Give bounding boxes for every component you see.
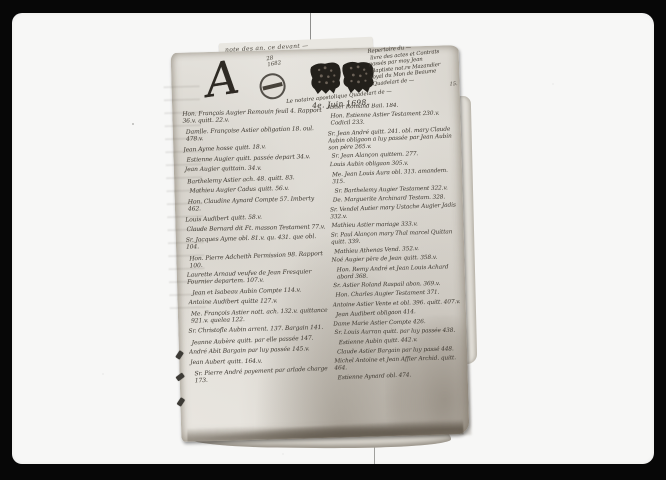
register-entry: Sr. Jean André quitt. 241. obl. mary Cla… [328, 126, 462, 152]
register-entry: Estienne Augier quitt. passée depart 34.… [187, 152, 327, 163]
register-entry: Michel Antoine et Jean Affier Archid. qu… [334, 355, 467, 372]
register-entry: Sr. Paul Alançon mary Thal marcel Quitta… [331, 229, 464, 246]
register-entry: Mathieu Astier mariage 333.v. [331, 220, 463, 229]
title-block: Repertoire du —livre des actes et Contra… [367, 40, 462, 88]
register-entry: Hon. Claudine Aynard Compte 57. Imberty … [188, 194, 328, 212]
register-entry: Hon. Remy André et Jean Louis Achard abo… [337, 264, 465, 281]
register-entry: Hon. Pierre Adcheith Permission 98. Rapp… [189, 249, 329, 269]
register-entry: Sr. Jacques Ayme obl. 81.v. qu. 431. que… [186, 233, 329, 251]
register-column-left: Hon. François Augier Remouin feuil 4. Ra… [182, 107, 334, 437]
round-seal-icon [257, 71, 288, 102]
register-entry: Sr. Christofle Aubin arrent. 137. Bargai… [188, 324, 331, 335]
manuscript-page: A 28 1682 Repertoire du —livre des actes… [171, 45, 470, 442]
register-entry: Claude Bernard dit Ft. masson Testament … [186, 223, 328, 233]
register-entry: Noé Augier père de Jean quitt. 358.v. [331, 254, 464, 265]
register-entry: Jeanne Aubère quitt. par elle passée 147… [192, 333, 332, 346]
register-entry: Sr. Pierre André payement par arlade cha… [194, 365, 332, 385]
register-entry: Estienne Aynard obl. 474. [338, 370, 468, 382]
register-entry: Sr. Vendel Autier mary Ustache Augier Ja… [330, 202, 463, 221]
paper-specks [132, 123, 134, 125]
register-entry: Louis Audibert quitt. 58.v. [185, 211, 328, 224]
register-entry: Barthelemy Astier ach. 48. quitt. 83. [187, 172, 327, 185]
initial-letter: A [202, 53, 242, 103]
register-entry: Jean et Isabeau Aubin Compte 114.v. [192, 285, 330, 296]
register-entry: Mathieu Augier Cadus quitt. 56.v. [189, 184, 327, 195]
scanned-document-view: note des an. ce devant — A 28 1682 Reper… [0, 0, 666, 480]
register-entry: Jean Augier quittain. 34.v. [185, 163, 327, 173]
register-column-right: Astier Romand Bail. 184.Hon. Estienne As… [327, 101, 469, 429]
register-entry: Hon. François Augier Remouin feuil 4. Ra… [182, 107, 325, 125]
register-entry: Jean Ayme hosse quitt. 18.v. [183, 141, 326, 154]
register-entry: Damlle. Françoise Astier obligation 18. … [186, 124, 326, 142]
register-entry: Dame Marie Astier Compte 426. [333, 318, 466, 329]
register-entry: Me. Jean Louis Aura obl. 313. amandem. 3… [332, 168, 462, 187]
register-entry: Antoine Audibert quitte 127.v. [189, 296, 331, 306]
register-entry: Sr. Barthelemy Augier Testament 322.v. [334, 185, 462, 195]
register-entry: Jean Aubert quitt. 164.v. [190, 356, 332, 366]
register-entry: André Abit Bargain par luy passée 145.v. [189, 345, 332, 356]
register-entry: Hon. Charles Augier Testament 371. [335, 289, 465, 299]
register-entry: Sr. Astier Roland Raspail abon. 369.v. [333, 281, 465, 290]
register-entry: Me. François Astier nott. ach. 132.v. qu… [191, 306, 331, 324]
register-entry: Claude Astier Bargain par luy passé 448. [337, 346, 467, 356]
register-entry: Hon. Estienne Astier Testament 230.v. Co… [330, 110, 460, 127]
register-entry: Laurette Arnaud veufve de Jean Fresquier… [187, 268, 330, 286]
folio-note: 28 1682 [266, 54, 282, 68]
register-entry: Sr. Jean Alançon quittem. 277. [331, 150, 461, 160]
